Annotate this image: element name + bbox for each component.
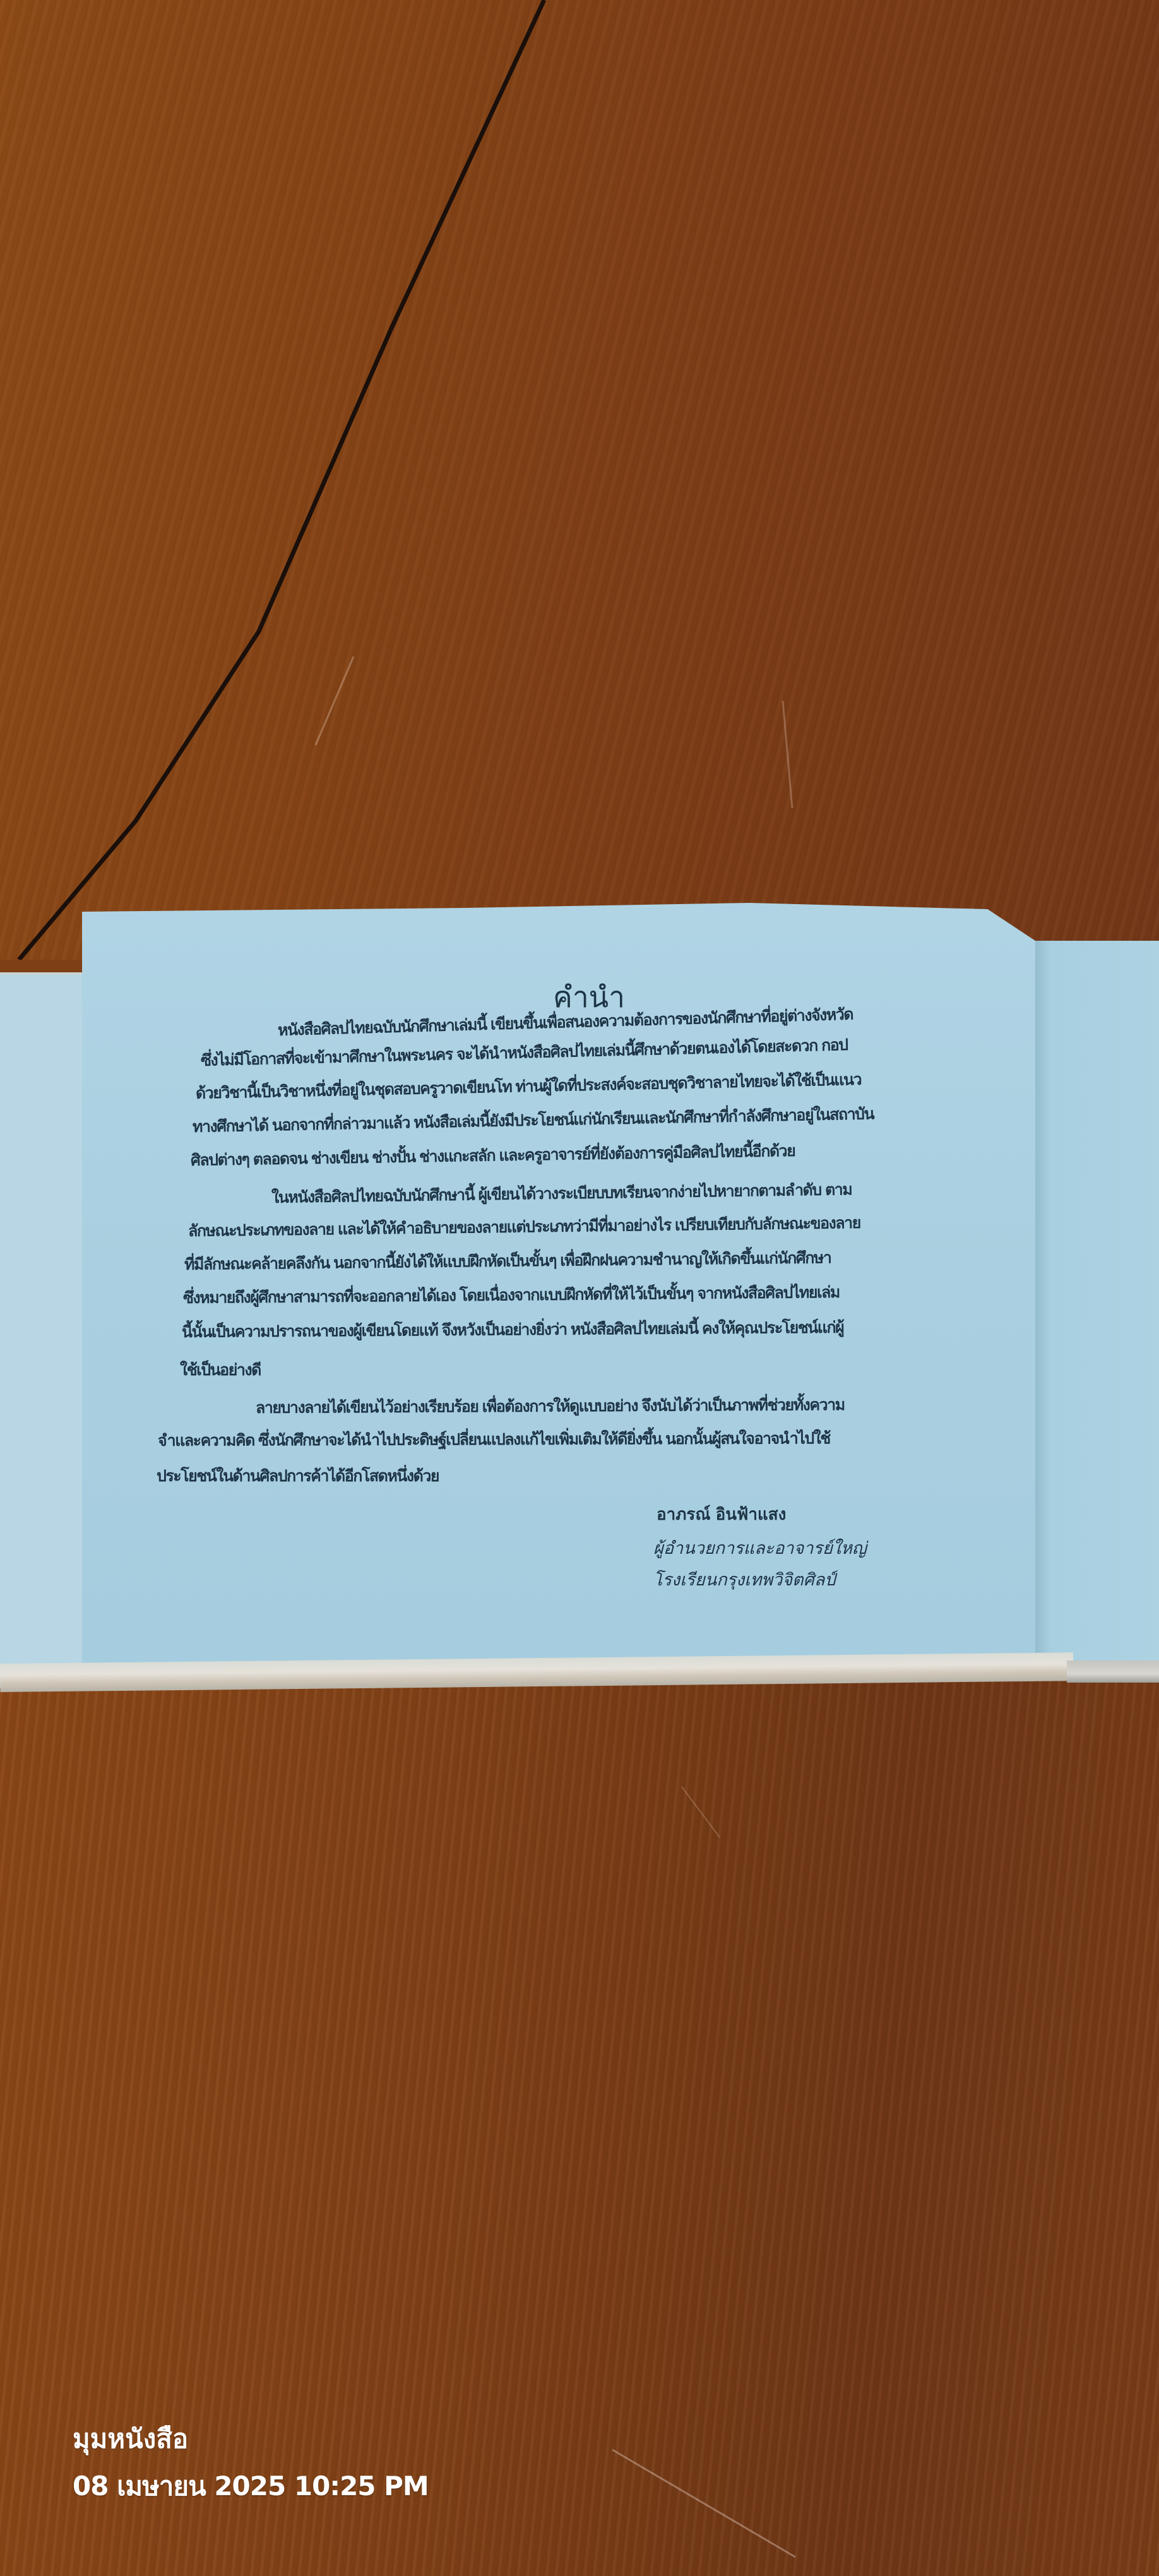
watermark-datetime: 08 เมษายน 2025 10:25 PM xyxy=(73,2466,429,2507)
page-bottom-edge-right xyxy=(1067,1661,1159,1683)
signature-institution: โรงเรียนกรุงเทพวิจิตศิลป์ xyxy=(653,1566,835,1593)
paragraph-line: จำและความคิด ซึ่งนักศึกษาจะได้นำไปประดิษ… xyxy=(158,1426,830,1453)
paragraph-line: ประโยชน์ในด้านศิลปการค้าได้อีกโสดหนึ่งด้… xyxy=(157,1464,439,1489)
book-cover-left-edge xyxy=(0,972,88,1688)
paragraph-line: ใช้เป็นอย่างดี xyxy=(180,1357,261,1383)
paragraph-line: นี้นั้นเป็นความปรารถนาของผู้เขียนโดยแท้ … xyxy=(182,1315,844,1345)
book-right-page xyxy=(1035,941,1159,1667)
signature-position: ผู้อำนวยการและอาจารย์ใหญ่ xyxy=(653,1534,867,1561)
table-seam xyxy=(0,0,1159,960)
paragraph-line: ลายบางลายได้เขียนไว้อย่างเรียบร้อย เพื่อ… xyxy=(256,1392,845,1421)
signature-name: อาภรณ์ อินฟ้าแสง xyxy=(657,1501,786,1527)
watermark-label: มุมหนังสือ xyxy=(73,2418,188,2460)
